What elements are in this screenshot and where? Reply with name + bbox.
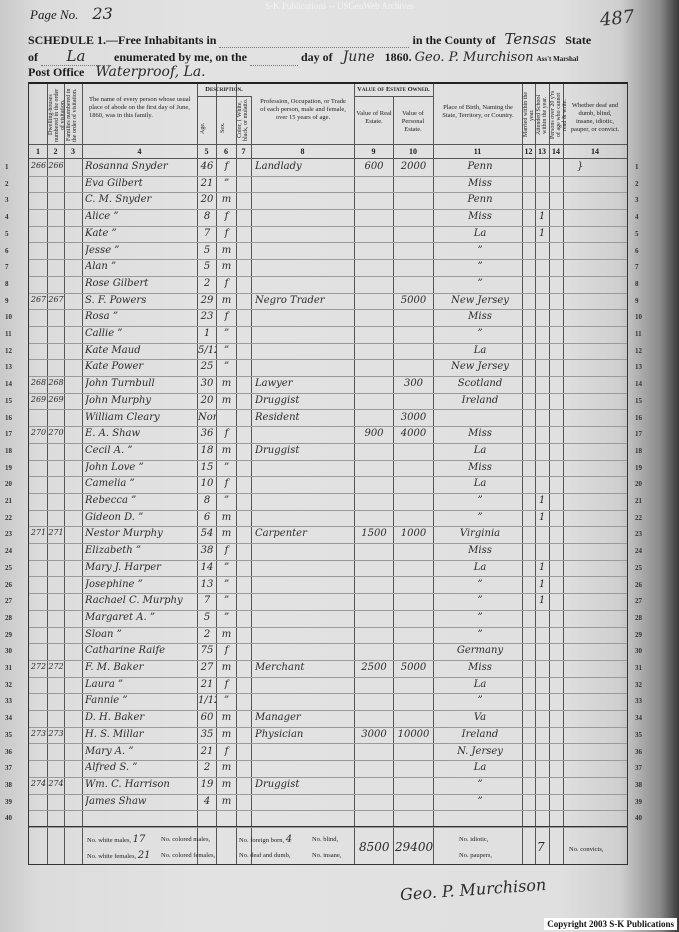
cell-name: Rosanna Snyder xyxy=(85,161,197,172)
column-number: 14 xyxy=(563,147,627,156)
cell-name: James Shaw xyxy=(85,796,197,807)
cell-age: 5/12 xyxy=(198,345,216,356)
footer-white-females: No. white females, 21 xyxy=(87,850,150,861)
cell-family: 274 xyxy=(48,779,64,788)
cell-age: 5 xyxy=(198,612,216,623)
month-value: June xyxy=(336,49,382,65)
cell-sex: f xyxy=(218,211,235,222)
cell-birthplace: Miss xyxy=(439,428,521,439)
cell-birthplace: Penn xyxy=(439,161,521,172)
post-office-line: Post Office Waterproof, La. xyxy=(28,64,206,80)
cell-family: 272 xyxy=(48,662,64,671)
of-label: of xyxy=(28,50,38,64)
table-row: Fannie ”1/12””3333 xyxy=(29,693,627,711)
cell-sex: m xyxy=(218,796,235,807)
cell-birthplace: Ireland xyxy=(439,729,521,740)
column-number: 4 xyxy=(82,147,197,156)
line-number-left: 18 xyxy=(5,447,12,455)
cell-age: 1 xyxy=(198,328,216,339)
line-number: 2 xyxy=(635,180,639,188)
cell-sex: m xyxy=(218,395,235,406)
cell-birthplace: ” xyxy=(439,261,521,272)
cell-sex: f xyxy=(218,545,235,556)
table-row: Kate ”7fLa155 xyxy=(29,226,627,244)
column-number: 1 xyxy=(29,147,47,156)
line-number: 11 xyxy=(635,330,642,338)
cell-name: Sloan ” xyxy=(85,629,197,640)
cell-age: 5 xyxy=(198,261,216,272)
line-number: 14 xyxy=(635,380,642,388)
post-office-label: Post Office xyxy=(28,65,84,79)
line-number-left: 34 xyxy=(5,714,12,722)
line-number-left: 6 xyxy=(5,247,9,255)
table-row: C. M. Snyder20mPenn33 xyxy=(29,192,627,210)
cell-real: 600 xyxy=(356,161,392,172)
cell-age: 10 xyxy=(198,478,216,489)
cell-school: 1 xyxy=(536,228,548,239)
table-row: Margaret A. ”5””2828 xyxy=(29,610,627,628)
cell-family: 271 xyxy=(48,528,64,537)
table-row: Mary A. ”21fN. Jersey3636 xyxy=(29,744,627,762)
cell-name: John Love ” xyxy=(85,462,197,473)
col-header-estate: Value of Estate Owned. xyxy=(354,86,433,94)
line-number: 22 xyxy=(635,514,642,522)
cell-age: 18 xyxy=(198,445,216,456)
footer-foreign-born: No. foreign born, 4 xyxy=(239,834,292,845)
cell-age: 13 xyxy=(198,579,216,590)
line-number: 10 xyxy=(635,313,642,321)
corner-page-number: 487 xyxy=(599,6,635,30)
table-row: Alan ”5m”77 xyxy=(29,259,627,277)
table-row: Alfred S. ”2mLa3737 xyxy=(29,760,627,778)
column-number: 9 xyxy=(354,147,393,156)
line-number: 16 xyxy=(635,414,642,422)
footer-insane: No. insane, xyxy=(312,852,341,859)
cell-personal: 1000 xyxy=(395,528,432,539)
cell-school: 1 xyxy=(536,495,548,506)
line-number-left: 35 xyxy=(5,731,12,739)
cell-family: 273 xyxy=(48,729,64,738)
column-number: 11 xyxy=(433,147,522,156)
line-number-left: 40 xyxy=(5,814,12,822)
cell-sex: m xyxy=(218,629,235,640)
cell-name: D. H. Baker xyxy=(85,712,197,723)
cell-birthplace: Miss xyxy=(439,545,521,556)
column-number: 2 xyxy=(47,147,64,156)
cell-birthplace: La xyxy=(439,562,521,573)
cell-age: 27 xyxy=(198,662,216,673)
cell-dwelling: 271 xyxy=(30,528,47,537)
column-number: 8 xyxy=(251,147,354,156)
cell-name: Mary J. Harper xyxy=(85,562,197,573)
table-row: Rosa ”23fMiss1010 xyxy=(29,309,627,327)
cell-school: 1 xyxy=(536,512,548,523)
cell-occupation: Physician xyxy=(255,729,353,740)
line-number-left: 12 xyxy=(5,347,12,355)
cell-age: 7 xyxy=(198,228,216,239)
post-office-value: Waterproof, La. xyxy=(95,64,205,80)
line-number-left: 11 xyxy=(5,330,12,338)
cell-dwelling: 274 xyxy=(30,779,47,788)
cell-sex: m xyxy=(218,295,235,306)
col-header-illiterate: Persons over 20 y'rs of age who cannot r… xyxy=(550,88,562,142)
cell-sex: f xyxy=(218,278,235,289)
footer-total-personal: 29400 xyxy=(395,840,433,854)
cell-age: 36 xyxy=(198,428,216,439)
line-number-left: 26 xyxy=(5,581,12,589)
cell-age: 21 xyxy=(198,679,216,690)
table-row: Catharine Raife75fGermany3030 xyxy=(29,643,627,661)
line-number-left: 20 xyxy=(5,480,12,488)
page-number: Page No.23 xyxy=(30,4,113,23)
cell-sex: ” xyxy=(218,495,235,506)
table-row: Callie ”1””1111 xyxy=(29,326,627,344)
cell-name: Mary A. ” xyxy=(85,746,197,757)
cell-c14: } xyxy=(577,161,617,172)
cell-name: S. F. Powers xyxy=(85,295,197,306)
cell-name: E. A. Shaw xyxy=(85,428,197,439)
census-table: Dwelling-houses numbered in the order of… xyxy=(28,82,628,865)
line-number: 36 xyxy=(635,748,642,756)
cell-sex: ” xyxy=(218,178,235,189)
cell-age: 20 xyxy=(198,194,216,205)
line-number: 30 xyxy=(635,647,642,655)
line-number: 34 xyxy=(635,714,642,722)
table-row: Camelia ”10fLa2020 xyxy=(29,476,627,494)
line-number: 3 xyxy=(635,196,639,204)
cell-dwelling: 273 xyxy=(30,729,47,738)
day-label: day of xyxy=(301,50,333,64)
line-number: 33 xyxy=(635,697,642,705)
cell-birthplace: ” xyxy=(439,495,521,506)
cell-sex: m xyxy=(218,712,235,723)
table-row: Gideon D. ”6m”12222 xyxy=(29,510,627,528)
cell-age: 75 xyxy=(198,645,216,656)
cell-name: Josephine ” xyxy=(85,579,197,590)
column-number: 13 xyxy=(535,147,549,156)
line-number-left: 9 xyxy=(5,297,9,305)
table-row: Elizabeth ”38fMiss2424 xyxy=(29,543,627,561)
cell-occupation: Carpenter xyxy=(255,528,353,539)
line-number: 5 xyxy=(635,230,639,238)
line-number-left: 33 xyxy=(5,697,12,705)
cell-name: Nestor Murphy xyxy=(85,528,197,539)
cell-age: 21 xyxy=(198,746,216,757)
cell-sex: f xyxy=(218,478,235,489)
col-header-color: Color, { White, black, or mulatto. xyxy=(237,98,250,142)
cell-birthplace: Penn xyxy=(439,194,521,205)
cell-birthplace: New Jersey xyxy=(439,295,521,306)
footer-colored-males: No. colored males, xyxy=(161,836,210,843)
line-number-left: 23 xyxy=(5,530,12,538)
line-number-left: 16 xyxy=(5,414,12,422)
cell-age: 38 xyxy=(198,545,216,556)
cell-personal: 2000 xyxy=(395,161,432,172)
cell-birthplace: La xyxy=(439,445,521,456)
cell-name: Margaret A. ” xyxy=(85,612,197,623)
footer-colored-females: No. colored females, xyxy=(161,852,215,859)
cell-personal: 3000 xyxy=(395,412,432,423)
line-number: 25 xyxy=(635,564,642,572)
cell-occupation: Lawyer xyxy=(255,378,353,389)
cell-birthplace: La xyxy=(439,478,521,489)
col-header-real-estate: Value of Real Estate. xyxy=(356,110,392,126)
cell-age: 60 xyxy=(198,712,216,723)
cell-personal: 5000 xyxy=(395,295,432,306)
cell-age: 23 xyxy=(198,311,216,322)
line-number-left: 7 xyxy=(5,263,9,271)
line-number-left: 39 xyxy=(5,798,12,806)
cell-name: Callie ” xyxy=(85,328,197,339)
cell-birthplace: Miss xyxy=(439,178,521,189)
cell-name: Catharine Raife xyxy=(85,645,197,656)
cell-personal: 300 xyxy=(395,378,432,389)
line-number: 9 xyxy=(635,297,639,305)
line-number-left: 14 xyxy=(5,380,12,388)
line-number: 13 xyxy=(635,363,642,371)
line-number: 17 xyxy=(635,430,642,438)
line-number: 15 xyxy=(635,397,642,405)
cell-sex: f xyxy=(218,746,235,757)
white-females-value: 21 xyxy=(138,850,151,861)
cell-birthplace: Miss xyxy=(439,311,521,322)
line-number: 21 xyxy=(635,497,642,505)
cell-sex: f xyxy=(218,228,235,239)
line-number-left: 15 xyxy=(5,397,12,405)
table-row: Cecil A. ”18mDruggistLa1818 xyxy=(29,443,627,461)
cell-sex: ” xyxy=(218,595,235,606)
cell-sex: f xyxy=(218,679,235,690)
marshal-label: Ass't Marshal xyxy=(537,55,579,63)
cell-name: Alice ” xyxy=(85,211,197,222)
line-number: 31 xyxy=(635,664,642,672)
table-row: Alice ”8fMiss144 xyxy=(29,209,627,227)
table-row: 274274Wm. C. Harrison19mDruggist”3838 xyxy=(29,777,627,795)
line-number: 8 xyxy=(635,280,639,288)
column-number: 7 xyxy=(236,147,251,156)
schedule-label: SCHEDULE 1.—Free Inhabitants in xyxy=(28,33,216,47)
cell-age: 8 xyxy=(198,211,216,222)
line-number-left: 25 xyxy=(5,564,12,572)
line-number: 12 xyxy=(635,347,642,355)
line-number-left: 36 xyxy=(5,748,12,756)
table-row: William ClearyNoneResident30001616 xyxy=(29,410,627,428)
table-row: 272272F. M. Baker27mMerchant25005000Miss… xyxy=(29,660,627,678)
col-header-school: Attended School within the year. xyxy=(536,88,548,142)
cell-school: 1 xyxy=(536,562,548,573)
cell-birthplace: Germany xyxy=(439,645,521,656)
table-row: 273273H. S. Millar35mPhysician300010000I… xyxy=(29,727,627,745)
cell-sex: ” xyxy=(218,695,235,706)
cell-real: 3000 xyxy=(356,729,392,740)
line-number: 27 xyxy=(635,597,642,605)
table-row: Sloan ”2m”2929 xyxy=(29,627,627,645)
cell-dwelling: 266 xyxy=(30,161,47,170)
state-label: State xyxy=(565,33,591,47)
schedule-line: SCHEDULE 1.—Free Inhabitants in in the C… xyxy=(28,30,591,48)
col-header-occupation: Profession, Occupation, or Trade of each… xyxy=(257,98,349,122)
cell-age: 35 xyxy=(198,729,216,740)
cell-sex: f xyxy=(218,161,235,172)
line-number: 26 xyxy=(635,581,642,589)
cell-age: 30 xyxy=(198,378,216,389)
cell-age: 29 xyxy=(198,295,216,306)
line-number-left: 21 xyxy=(5,497,12,505)
day-blank xyxy=(250,65,298,66)
line-number-left: 29 xyxy=(5,631,12,639)
cell-age: 20 xyxy=(198,395,216,406)
cell-sex: ” xyxy=(218,612,235,623)
foreign-born-value: 4 xyxy=(286,834,292,845)
cell-personal: 4000 xyxy=(395,428,432,439)
cell-occupation: Landlady xyxy=(255,161,353,172)
table-row: James Shaw4m”3939 xyxy=(29,794,627,812)
cell-name: Rebecca ” xyxy=(85,495,197,506)
cell-name: Laura ” xyxy=(85,679,197,690)
cell-sex: m xyxy=(218,779,235,790)
table-row: 271271Nestor Murphy54mCarpenter15001000V… xyxy=(29,526,627,544)
cell-age: 19 xyxy=(198,779,216,790)
cell-occupation: Druggist xyxy=(255,779,353,790)
cell-occupation: Manager xyxy=(255,712,353,723)
cell-sex: ” xyxy=(218,328,235,339)
line-number: 39 xyxy=(635,798,642,806)
cell-birthplace: Scotland xyxy=(439,378,521,389)
line-number-left: 31 xyxy=(5,664,12,672)
cell-dwelling: 270 xyxy=(30,428,47,437)
cell-sex: m xyxy=(218,245,235,256)
table-row: Jesse ”5m”66 xyxy=(29,243,627,261)
line-number-left: 4 xyxy=(5,213,9,221)
cell-birthplace: La xyxy=(439,679,521,690)
cell-birthplace: Miss xyxy=(439,462,521,473)
cell-age: 2 xyxy=(198,629,216,640)
line-number: 38 xyxy=(635,781,642,789)
column-number: 12 xyxy=(522,147,535,156)
table-row: Kate Power25”New Jersey1313 xyxy=(29,359,627,377)
table-row: Rose Gilbert2f”88 xyxy=(29,276,627,294)
cell-sex: m xyxy=(218,762,235,773)
cell-birthplace: ” xyxy=(439,612,521,623)
cell-dwelling: 272 xyxy=(30,662,47,671)
cell-age: 1/12 xyxy=(198,695,216,706)
cell-occupation: Merchant xyxy=(255,662,353,673)
cell-birthplace: ” xyxy=(439,796,521,807)
cell-name: Camelia ” xyxy=(85,478,197,489)
page-label: Page No. xyxy=(30,7,78,22)
line-number: 37 xyxy=(635,764,642,772)
table-row: 266266Rosanna Snyder46fLandlady6002000Pe… xyxy=(29,159,627,177)
cell-name: Kate Power xyxy=(85,361,197,372)
cell-real: 2500 xyxy=(356,662,392,673)
cell-age: 7 xyxy=(198,595,216,606)
cell-sex: ” xyxy=(218,579,235,590)
col-header-name: The name of every person whose usual pla… xyxy=(89,96,191,120)
cell-birthplace: La xyxy=(439,762,521,773)
cell-family: 268 xyxy=(48,378,64,387)
footer-total-real: 8500 xyxy=(359,840,390,854)
line-number-left: 28 xyxy=(5,614,12,622)
line-number: 23 xyxy=(635,530,642,538)
cell-school: 1 xyxy=(536,579,548,590)
cell-occupation: Negro Trader xyxy=(255,295,353,306)
white-males-value: 17 xyxy=(133,834,146,845)
cell-birthplace: ” xyxy=(439,512,521,523)
cell-birthplace: Ireland xyxy=(439,395,521,406)
cell-sex: ” xyxy=(218,462,235,473)
line-number: 7 xyxy=(635,263,639,271)
year: 1860. xyxy=(385,50,412,64)
col-header-dwelling: Dwelling-houses numbered in the order of… xyxy=(48,88,63,142)
line-number-left: 38 xyxy=(5,781,12,789)
line-number: 32 xyxy=(635,681,642,689)
cell-age: 25 xyxy=(198,361,216,372)
cell-sex: ” xyxy=(218,562,235,573)
line-number: 24 xyxy=(635,547,642,555)
footer-white-males: No. white males, 17 xyxy=(87,834,145,845)
footer-blind: No. blind, xyxy=(312,836,338,843)
line-number-left: 32 xyxy=(5,681,12,689)
cell-dwelling: 268 xyxy=(30,378,47,387)
cell-dwelling: 267 xyxy=(30,295,47,304)
cell-birthplace: ” xyxy=(439,245,521,256)
line-number: 28 xyxy=(635,614,642,622)
cell-family: 269 xyxy=(48,395,64,404)
line-number-left: 37 xyxy=(5,764,12,772)
marshal-value: Geo. P. Murchison xyxy=(415,50,534,65)
table-row: Rebecca ”8””12121 xyxy=(29,493,627,511)
cell-name: Jesse ” xyxy=(85,245,197,256)
column-number: 3 xyxy=(64,147,82,156)
cell-name: Fannie ” xyxy=(85,695,197,706)
table-row: 269269John Murphy20mDruggistIreland1515 xyxy=(29,393,627,411)
cell-birthplace: New Jersey xyxy=(439,361,521,372)
line-number: 29 xyxy=(635,631,642,639)
cell-sex: m xyxy=(218,512,235,523)
cell-age: 46 xyxy=(198,161,216,172)
copyright-notice: Copyright 2003 S-K Publications xyxy=(544,918,677,930)
line-number: 19 xyxy=(635,464,642,472)
cell-birthplace: ” xyxy=(439,278,521,289)
cell-age: 2 xyxy=(198,278,216,289)
cell-name: Eva Gilbert xyxy=(85,178,197,189)
cell-age: 15 xyxy=(198,462,216,473)
cell-name: John Turnbull xyxy=(85,378,197,389)
cell-age: 14 xyxy=(198,562,216,573)
line-number-left: 1 xyxy=(5,163,9,171)
footer-deaf-dumb: No. deaf and dumb, xyxy=(239,852,290,859)
cell-age: 54 xyxy=(198,528,216,539)
line-number: 20 xyxy=(635,480,642,488)
cell-school: 1 xyxy=(536,595,548,606)
cell-age: None xyxy=(198,412,216,423)
line-number-left: 17 xyxy=(5,430,12,438)
line-number-left: 8 xyxy=(5,280,9,288)
cell-age: 6 xyxy=(198,512,216,523)
cell-name: Kate Maud xyxy=(85,345,197,356)
cell-age: 8 xyxy=(198,495,216,506)
line-number-left: 13 xyxy=(5,363,12,371)
cell-sex: m xyxy=(218,729,235,740)
line-number: 1 xyxy=(635,163,639,171)
cell-name: Rachael C. Murphy xyxy=(85,595,197,606)
cell-name: Elizabeth ” xyxy=(85,545,197,556)
footer-convicts: No. convicts, xyxy=(569,846,603,853)
cell-birthplace: N. Jersey xyxy=(439,746,521,757)
cell-age: 5 xyxy=(198,245,216,256)
cell-name: Rosa ” xyxy=(85,311,197,322)
cell-sex: m xyxy=(218,662,235,673)
